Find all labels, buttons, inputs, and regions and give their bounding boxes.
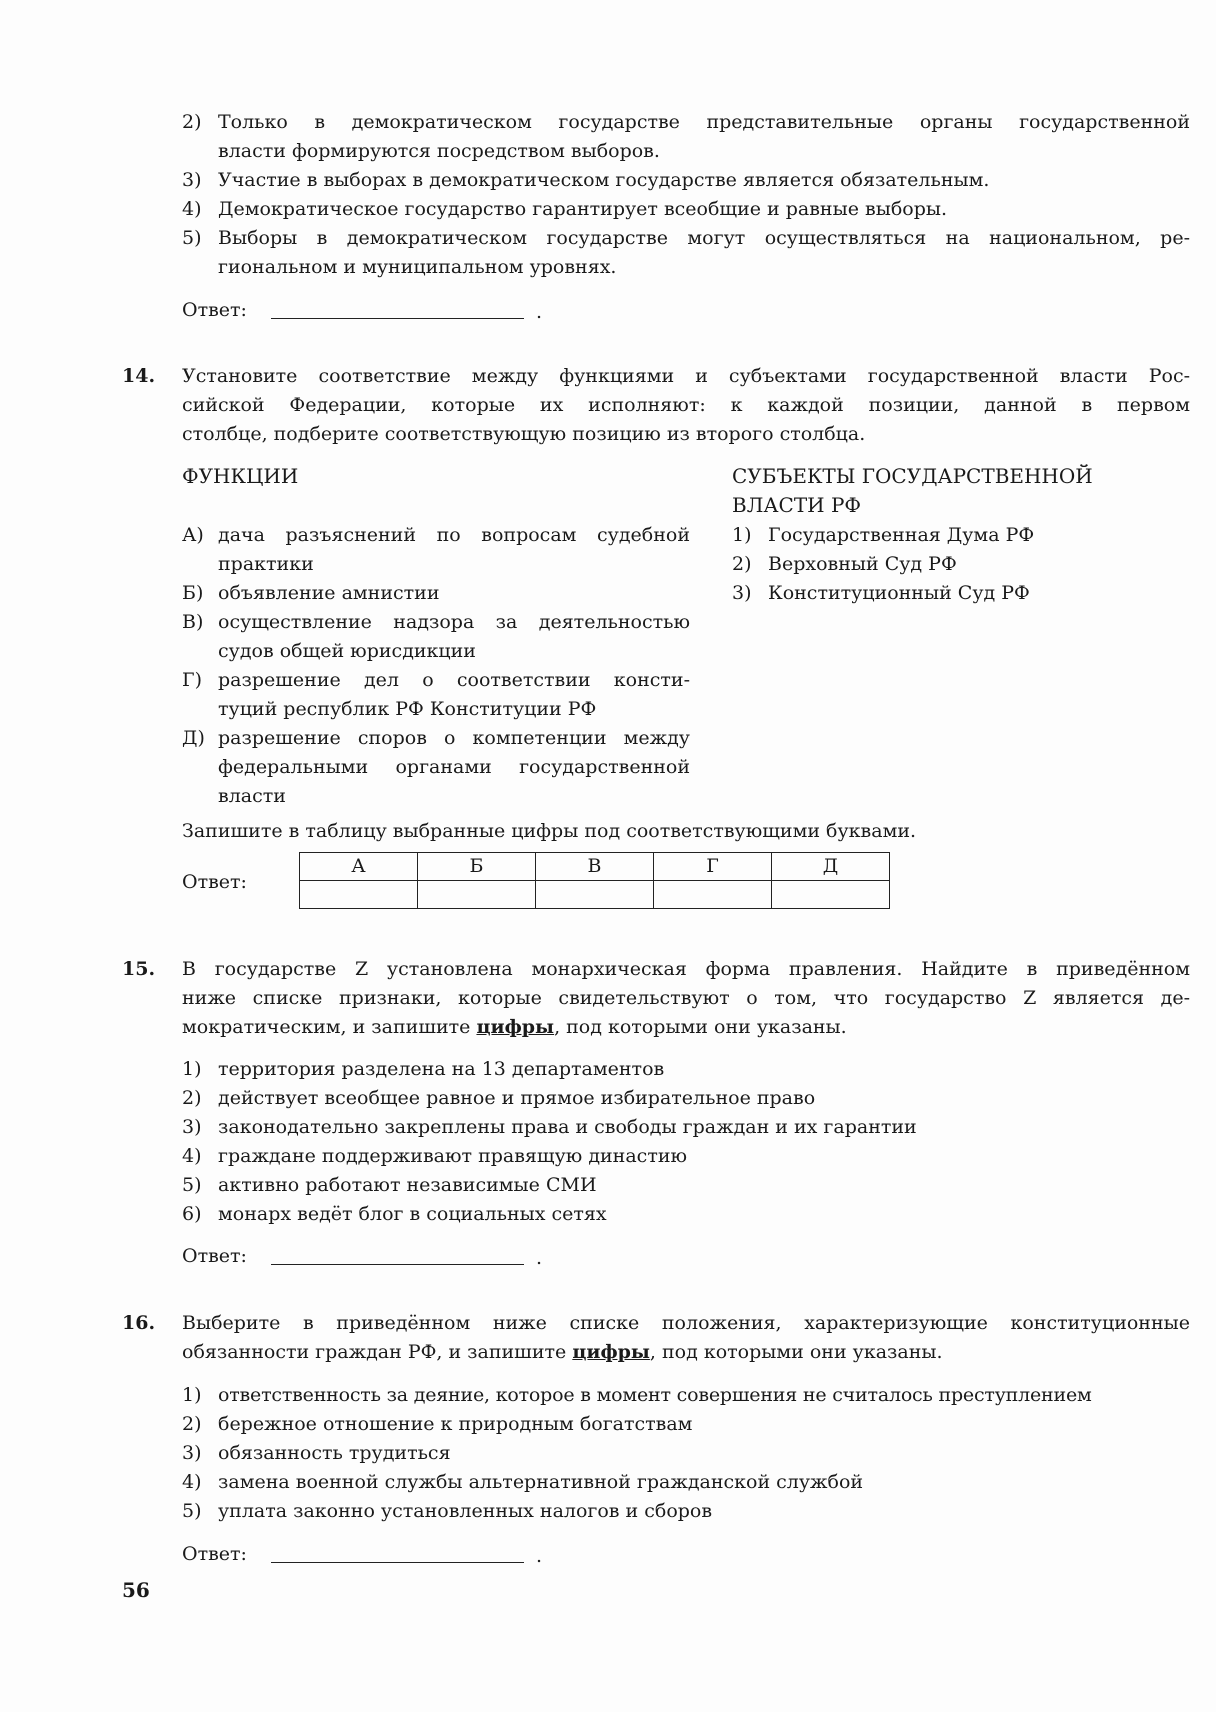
q16-prompt-text: , под которыми они указаны. [650, 1341, 943, 1363]
q13-option-num: 5) [182, 224, 202, 253]
function-text: разрешение споров о компетенции между [218, 724, 690, 753]
q13-option-num: 3) [182, 166, 202, 195]
q13-answer-field[interactable] [271, 318, 524, 319]
q15-option-num: 4) [182, 1142, 202, 1171]
q15-option-num: 3) [182, 1113, 202, 1142]
q16-option-text: ответственность за деяние, которое в мом… [218, 1381, 1092, 1410]
q16-option-num: 2) [182, 1410, 202, 1439]
page-number: 56 [122, 1578, 150, 1602]
q16-option-text: замена военной службы альтернативной гра… [218, 1468, 863, 1497]
q15-prompt: мократическим, и запишите цифры, под кот… [182, 1013, 847, 1042]
q16-answer-label: Ответ: [182, 1540, 247, 1569]
period: . [536, 1244, 542, 1273]
q15-prompt-text: , под которыми они указаны. [554, 1016, 847, 1038]
q15-option-text: активно работают независимые СМИ [218, 1171, 597, 1200]
subject-num: 3) [732, 579, 752, 608]
q15-option-num: 2) [182, 1084, 202, 1113]
answer-cell-v[interactable] [536, 881, 654, 909]
function-text: власти [218, 782, 286, 811]
q15-option-num: 5) [182, 1171, 202, 1200]
q16-option-text: бережное отношение к природным богатства… [218, 1410, 692, 1439]
q15-prompt: В государстве Z установлена монархическа… [182, 955, 1190, 984]
answer-cell-a[interactable] [300, 881, 418, 909]
workbook-page: 2) Только в демократическом государстве … [0, 0, 1216, 1712]
q13-option-num: 2) [182, 108, 202, 137]
q13-answer-label: Ответ: [182, 296, 247, 325]
table-header-b: Б [418, 853, 536, 881]
period: . [536, 1542, 542, 1571]
function-letter: А) [182, 521, 204, 550]
subject-text: Государственная Дума РФ [768, 521, 1034, 550]
function-letter: В) [182, 608, 203, 637]
q16-prompt-text: обязанности граждан РФ, и запишите [182, 1341, 572, 1363]
q15-option-num: 6) [182, 1200, 202, 1229]
function-text: судов общей юрисдикции [218, 637, 476, 666]
q14-number: 14. [122, 362, 155, 391]
subject-num: 1) [732, 521, 752, 550]
q15-option-text: граждане поддерживают правящую династию [218, 1142, 687, 1171]
q14-answer-table: А Б В Г Д [299, 852, 890, 909]
function-text: объявление амнистии [218, 579, 440, 608]
period: . [536, 298, 542, 327]
q15-option-text: монарх ведёт блог в социальных сетях [218, 1200, 607, 1229]
q14-prompt: сийской Федерации, которые их исполняют:… [182, 391, 1190, 420]
q13-option-text: Демократическое государство гарантирует … [218, 195, 947, 224]
functions-header: ФУНКЦИИ [182, 462, 298, 491]
table-instruction: Запишите в таблицу выбранные цифры под с… [182, 817, 916, 846]
subject-num: 2) [732, 550, 752, 579]
table-header-a: А [300, 853, 418, 881]
subject-text: Верховный Суд РФ [768, 550, 957, 579]
table-header-d: Д [772, 853, 890, 881]
function-letter: Б) [182, 579, 203, 608]
q16-option-num: 4) [182, 1468, 202, 1497]
q16-option-text: уплата законно установленных налогов и с… [218, 1497, 712, 1526]
q15-option-num: 1) [182, 1055, 202, 1084]
q15-option-text: законодательно закреплены права и свобод… [218, 1113, 917, 1142]
q16-number: 16. [122, 1309, 155, 1338]
q15-prompt: ниже списке признаки, которые свидетельс… [182, 984, 1190, 1013]
q15-prompt-text: мократическим, и запишите [182, 1016, 476, 1038]
q16-prompt: Выберите в приведённом ниже списке полож… [182, 1309, 1190, 1338]
q13-option-text: власти формируются посредством выборов. [218, 137, 660, 166]
q16-option-num: 1) [182, 1381, 202, 1410]
q15-answer-label: Ответ: [182, 1242, 247, 1271]
subject-text: Конституционный Суд РФ [768, 579, 1030, 608]
q14-prompt: столбце, подберите соответствующую позиц… [182, 420, 865, 449]
function-text: туций республик РФ Конституции РФ [218, 695, 596, 724]
function-letter: Г) [182, 666, 202, 695]
q15-option-text: действует всеобщее равное и прямое избир… [218, 1084, 815, 1113]
q13-option-text: Только в демократическом государстве пре… [218, 108, 1190, 137]
q13-option-text: Участие в выборах в демократическом госу… [218, 166, 989, 195]
q16-option-num: 3) [182, 1439, 202, 1468]
q16-option-text: обязанность трудиться [218, 1439, 451, 1468]
q14-answer-label: Ответ: [182, 868, 247, 897]
q15-answer-field[interactable] [271, 1264, 524, 1265]
q15-option-text: территория разделена на 13 департаментов [218, 1055, 664, 1084]
answer-cell-g[interactable] [654, 881, 772, 909]
subjects-header: ВЛАСТИ РФ [732, 491, 861, 520]
function-letter: Д) [182, 724, 205, 753]
table-header-v: В [536, 853, 654, 881]
function-text: федеральными органами государственной [218, 753, 690, 782]
q15-number: 15. [122, 955, 155, 984]
answer-cell-d[interactable] [772, 881, 890, 909]
function-text: разрешение дел о соответствии консти- [218, 666, 690, 695]
subjects-header: СУБЪЕКТЫ ГОСУДАРСТВЕННОЙ [732, 462, 1093, 491]
q13-option-text: гиональном и муниципальном уровнях. [218, 253, 616, 282]
q15-emphasis: цифры [476, 1016, 554, 1038]
q16-answer-field[interactable] [271, 1562, 524, 1563]
function-text: практики [218, 550, 314, 579]
function-text: осуществление надзора за деятельностью [218, 608, 690, 637]
table-header-g: Г [654, 853, 772, 881]
q16-emphasis: цифры [572, 1341, 650, 1363]
q13-option-num: 4) [182, 195, 202, 224]
q14-prompt: Установите соответствие между функциями … [182, 362, 1190, 391]
answer-cell-b[interactable] [418, 881, 536, 909]
q16-option-num: 5) [182, 1497, 202, 1526]
q13-option-text: Выборы в демократическом государстве мог… [218, 224, 1190, 253]
q16-prompt: обязанности граждан РФ, и запишите цифры… [182, 1338, 943, 1367]
function-text: дача разъяснений по вопросам судебной [218, 521, 690, 550]
